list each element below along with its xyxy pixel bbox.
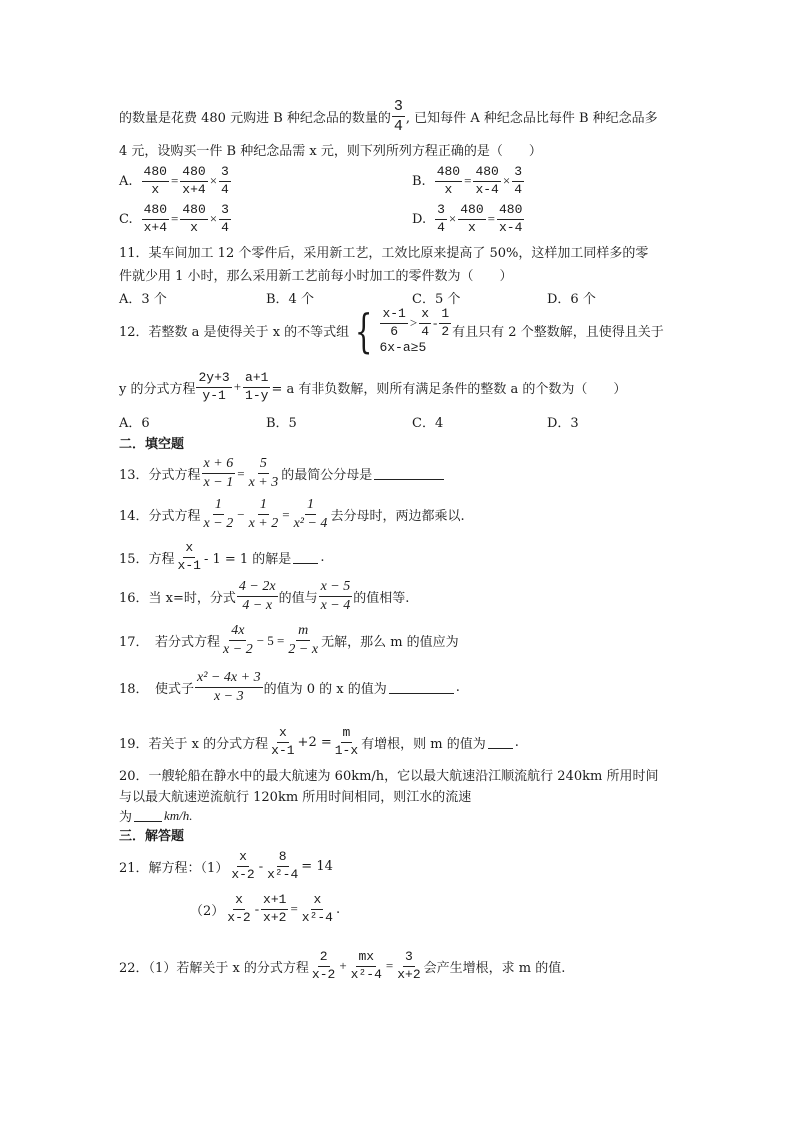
- fraction: 4 − 2x4 − x: [237, 579, 278, 614]
- answer-blank[interactable]: [293, 551, 318, 564]
- fraction: 4xx − 2: [221, 623, 255, 658]
- fraction: 480x: [180, 203, 207, 236]
- q15: 15．方程 xx-1 - 1 = 1 的解是 .: [119, 541, 324, 574]
- fraction: 480x-4: [497, 203, 524, 236]
- q11-option-d: D．6 个: [547, 288, 596, 307]
- fraction: x4: [419, 307, 431, 340]
- fraction: 34: [219, 165, 231, 198]
- answer-blank[interactable]: [389, 681, 454, 694]
- fraction: xx-1: [176, 541, 203, 574]
- fraction: xx-2: [225, 893, 252, 926]
- fraction: m1-x: [333, 726, 360, 759]
- q21-part2: （2） xx-2 - x+1x+2 = xx²-4 .: [190, 893, 340, 926]
- fraction: x-16: [380, 307, 407, 340]
- q10-option-b: B. 480x = 480x-4 × 34: [412, 165, 525, 198]
- fraction: 1x + 2: [247, 497, 281, 532]
- q16: 16．当 x=时，分式 4 − 2x4 − x 的值与 x − 5x − 4 的…: [119, 579, 409, 614]
- section-heading-fill-in: 二．填空题: [119, 433, 184, 452]
- q11-option-c: C．5 个: [412, 288, 460, 307]
- fraction: 480x: [142, 165, 169, 198]
- q12-line1: 12．若整数 a 是使得关于 x 的不等式组 { x-16 > x4 - 12 …: [119, 307, 664, 355]
- fraction: x + 6x − 1: [202, 456, 236, 491]
- q13: 13．分式方程 x + 6x − 1 = 5x + 3 的最简公分母是: [119, 456, 446, 491]
- q12-option-d: D．3: [547, 412, 579, 431]
- fraction: 480x-4: [473, 165, 500, 198]
- fraction: 2x-2: [310, 950, 337, 983]
- q12-line2: y 的分式方程 2y+3y-1 + a+11-y = a 有非负数解，则所有满足…: [119, 371, 626, 404]
- q10-text: , 已知每件 A 种纪念品比每件 B 种纪念品多: [406, 107, 658, 126]
- document-page: 的数量是花费 480 元购进 B 种纪念品的数量的 3 4 , 已知每件 A 种…: [0, 0, 793, 1122]
- fraction: 480x: [435, 165, 462, 198]
- answer-blank[interactable]: [374, 467, 444, 480]
- fraction: mxx²-4: [349, 950, 384, 983]
- fraction: 3 4: [392, 98, 405, 136]
- fraction: 5x + 3: [247, 456, 281, 491]
- q11-option-b: B．4 个: [266, 288, 314, 307]
- fraction: 480x+4: [142, 203, 169, 236]
- fraction: x − 5x − 4: [319, 579, 353, 614]
- fraction: a+11-y: [243, 371, 270, 404]
- q14: 14．分式方程 1x − 2 − 1x + 2 = 1x² − 4 去分母时，两…: [119, 497, 465, 532]
- q10-option-c: C. 480x+4 = 480x × 34: [119, 203, 232, 236]
- inequality-system: { x-16 > x4 - 12 6x-a≥5: [349, 307, 452, 355]
- q12-option-c: C．4: [412, 412, 443, 431]
- q10-text: 的数量是花费 480 元购进 B 种纪念品的数量的: [119, 107, 391, 126]
- answer-blank[interactable]: [134, 809, 162, 822]
- fraction: xx-1: [269, 726, 296, 759]
- q22: 22．（1）若解关于 x 的分式方程 2x-2 + mxx²-4 = 3x+2 …: [119, 950, 565, 983]
- q20-line3: 为 km/h.: [119, 806, 193, 825]
- fraction: 3x+2: [395, 950, 422, 983]
- fraction: 8x²-4: [265, 850, 300, 883]
- fraction: xx²-4: [300, 893, 335, 926]
- q17: 17． 若分式方程 4xx − 2 − 5 = m2 − x 无解，那么 m 的…: [119, 623, 459, 658]
- fraction: 2y+3y-1: [196, 371, 231, 404]
- left-brace: {: [355, 308, 373, 354]
- q11-option-a: A．3 个: [119, 288, 167, 307]
- q10-line2: 4 元，设购买一件 B 种纪念品需 x 元，则下列所列方程正确的是（ ）: [119, 140, 542, 159]
- q11-line1: 11．某车间加工 12 个零件后，采用新工艺，工效比原来提高了 50%，这样加工…: [119, 242, 648, 261]
- fraction: 480x+4: [180, 165, 207, 198]
- fraction: 1x² − 4: [292, 497, 330, 532]
- q20-line1: 20．一艘轮船在静水中的最大航速为 60km/h，它以最大航速沿江顺流航行 24…: [119, 765, 658, 784]
- q12-option-b: B．5: [266, 412, 297, 431]
- q21-part1: 21．解方程：（1） xx-2 - 8x²-4 = 14: [119, 850, 333, 883]
- q18: 18． 使式子 x² − 4x + 3x − 3 的值为 0 的 x 的值为 .: [119, 670, 460, 705]
- q19: 19．若关于 x 的分式方程 xx-1 +2 = m1-x 有增根，则 m 的值…: [119, 726, 519, 759]
- fraction: 34: [435, 203, 447, 236]
- q12-option-a: A．6: [119, 412, 150, 431]
- fraction: 34: [512, 165, 524, 198]
- fraction: 480x: [458, 203, 485, 236]
- q10-option-a: A. 480x = 480x+4 × 34: [119, 165, 232, 198]
- q10-option-d: D. 34 × 480x = 480x-4: [412, 203, 525, 236]
- fraction: 1x − 2: [202, 497, 236, 532]
- section-heading-solve: 三．解答题: [119, 825, 184, 844]
- fraction: x+1x+2: [261, 893, 288, 926]
- fraction: xx-2: [229, 850, 256, 883]
- fraction: 12: [439, 307, 451, 340]
- answer-blank[interactable]: [488, 736, 513, 749]
- fraction: 34: [219, 203, 231, 236]
- fraction: m2 − x: [286, 623, 320, 658]
- q20-line2: 与以最大航速逆流航行 120km 所用时间相同，则江水的流速: [119, 786, 471, 805]
- fraction: x² − 4x + 3x − 3: [195, 670, 263, 705]
- q11-line2: 件就少用 1 小时，那么采用新工艺前每小时加工的零件数为（ ）: [119, 265, 513, 284]
- q10-line1: 的数量是花费 480 元购进 B 种纪念品的数量的 3 4 , 已知每件 A 种…: [119, 98, 658, 136]
